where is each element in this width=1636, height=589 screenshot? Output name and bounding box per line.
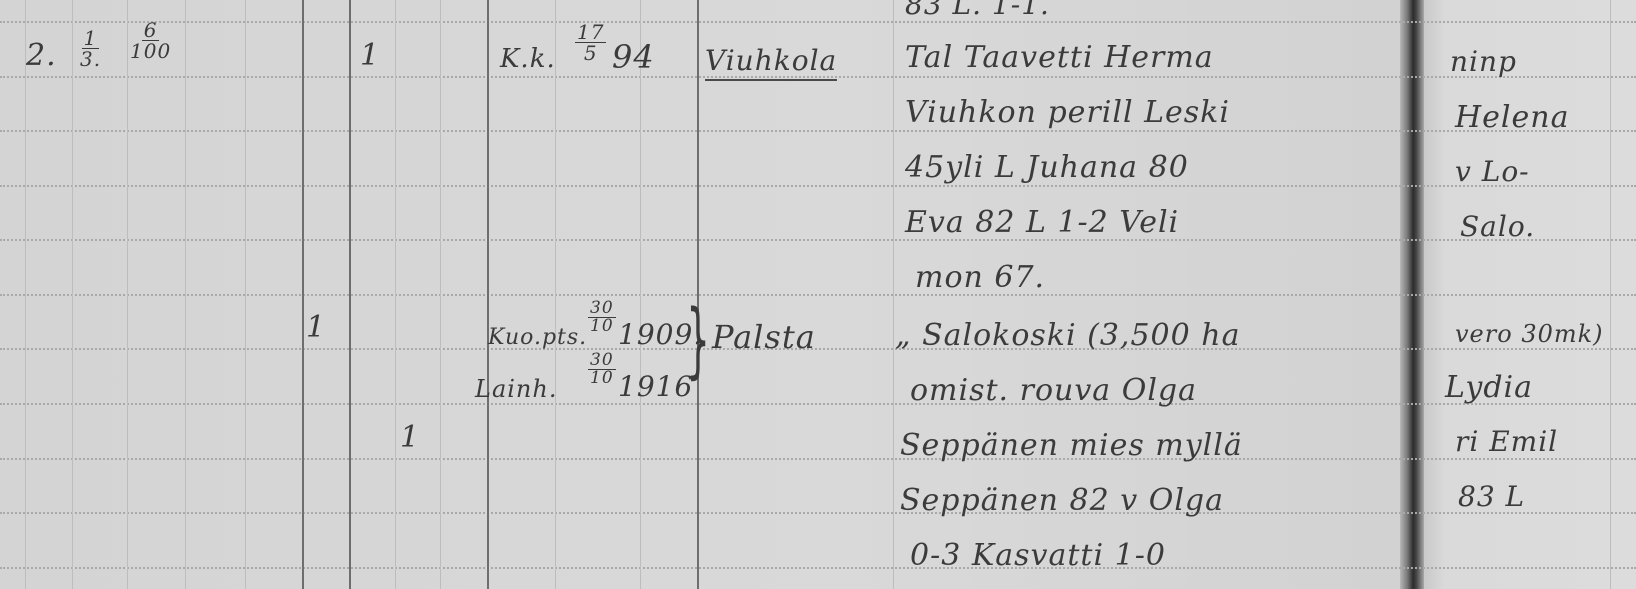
column-rule [893, 0, 894, 589]
count-value: 1 [360, 38, 380, 73]
details-line: omist. rouva Olga [910, 373, 1197, 408]
notes-line: ri Emil [1455, 425, 1558, 458]
notes-line: vero 30mk) [1455, 320, 1604, 348]
share-fraction-1: 13. [80, 28, 101, 69]
column-rule [1610, 0, 1611, 589]
column-rule [72, 0, 73, 589]
details-line: mon 67. [915, 260, 1045, 295]
share-whole: 2. [26, 38, 57, 73]
notes-line: Helena [1455, 100, 1569, 135]
fraction-numerator: 6 [142, 20, 160, 41]
count-value-a: 1 [306, 310, 326, 345]
column-rule [487, 0, 489, 589]
place-name: Viuhkola [705, 44, 837, 81]
details-line: Seppänen mies myllä [900, 428, 1243, 463]
column-rule [245, 0, 246, 589]
count-value-b: 1 [400, 420, 420, 455]
details-line: 45yli L Juhana 80 [905, 150, 1189, 185]
notes-line: 83 L [1458, 480, 1525, 513]
notes-line: v Lo- [1455, 155, 1530, 188]
date-month: 10 [590, 370, 614, 387]
column-rule [440, 0, 441, 589]
date-month: 5 [584, 43, 598, 63]
column-rule [349, 0, 351, 589]
record-date-2: 3010 [588, 352, 616, 387]
place-name: Palsta [712, 318, 816, 356]
record-year: 94 [612, 38, 655, 76]
date-month: 10 [590, 318, 614, 335]
details-line: 0-3 Kasvatti 1-0 [910, 538, 1166, 573]
column-rule [395, 0, 396, 589]
fraction-denominator: 3. [80, 49, 101, 69]
record-year-2: 1916 [618, 370, 693, 403]
record-date: 175 [575, 22, 606, 63]
column-rule [185, 0, 186, 589]
column-rule [302, 0, 304, 589]
details-line: Seppänen 82 v Olga [900, 483, 1224, 518]
record-source: K.k. [500, 44, 556, 74]
record-source-1: Kuo.pts. [488, 325, 587, 350]
share-fraction-2: 6100 [130, 20, 171, 61]
record-source-2: Lainh. [475, 375, 557, 403]
column-rule [555, 0, 556, 589]
fraction-numerator: 1 [82, 28, 100, 49]
brace-icon: } [686, 300, 709, 382]
column-rule [25, 0, 26, 589]
column-rule [640, 0, 641, 589]
notes-line: ninp [1450, 45, 1517, 78]
details-line: Tal Taavetti Herma [905, 40, 1214, 75]
notes-line: Lydia [1445, 370, 1533, 405]
record-date-1: 3010 [588, 300, 616, 335]
column-rule [127, 0, 128, 589]
date-day: 17 [575, 22, 606, 43]
fraction-denominator: 100 [130, 41, 171, 61]
details-line: 83 L. 1-1. [905, 0, 1050, 21]
notes-line: Salo. [1460, 210, 1535, 243]
details-line: Viuhkon perill Leski [905, 95, 1230, 130]
details-line: „ Salokoski (3,500 ha [895, 318, 1240, 353]
details-line: Eva 82 L 1-2 Veli [905, 205, 1179, 240]
